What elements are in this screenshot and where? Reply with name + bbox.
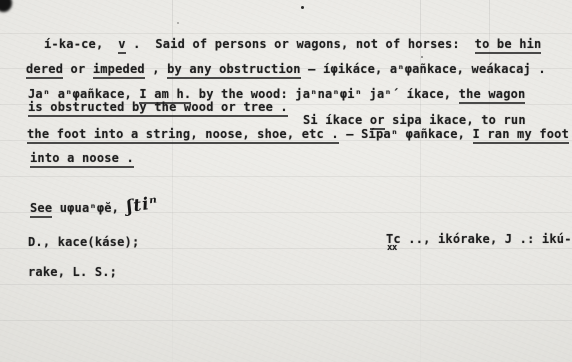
entry-line-1: í-ka-ce, v . Said of persons or wagons, …	[44, 38, 541, 51]
text-segment: Jaⁿ aⁿφañkace,	[28, 87, 139, 101]
entry-line-4: is obstructed by the wood or tree .	[28, 101, 288, 114]
text-segment: ,	[145, 62, 167, 76]
ruled-line	[0, 33, 572, 34]
source-continuation-line: rake, L. S.;	[28, 266, 117, 279]
text-segment: . Said of persons or wagons, not of hors…	[126, 37, 475, 51]
ruled-line	[0, 284, 572, 285]
headword: í-ka-ce,	[44, 37, 118, 51]
handwritten-annotation: ʃtiⁿ	[126, 197, 159, 214]
ruled-line	[0, 320, 572, 321]
ink-blot	[0, 0, 12, 12]
tc-abbreviation: Tcxx	[386, 233, 401, 246]
ruled-line	[0, 176, 572, 177]
text-segment: — íφikáce, aⁿφañkace, weákacaj .	[301, 62, 546, 76]
ink-speck	[177, 22, 179, 24]
text-segment: is obstructed by the wood or tree .	[28, 100, 288, 117]
dictionary-slip-card: í-ka-ce, v . Said of persons or wagons, …	[0, 0, 572, 362]
text-segment: D., kace(káse);	[28, 235, 139, 249]
text-segment: sipa ikace, to run	[385, 113, 526, 127]
entry-line-7: into a noose .	[30, 152, 134, 165]
source-line-tc: Tcxx .., ikórake, J .: ikú-	[386, 233, 572, 246]
text-segment: or	[63, 62, 93, 76]
source-line-dorsey: D., kace(káse);	[28, 236, 139, 249]
text-segment: the wagon	[459, 87, 526, 104]
see-label: See	[30, 201, 52, 218]
text-segment: to be hin	[475, 37, 542, 54]
text-segment: into a noose .	[30, 151, 134, 168]
entry-line-6: the foot into a string, noose, shoe, etc…	[27, 128, 569, 141]
paper-crease	[172, 0, 173, 362]
see-reference-line: See uφuaⁿφĕ, ʃtiⁿ	[30, 201, 158, 215]
entry-line-5: Si íkace or sipa ikace, to run	[303, 114, 526, 127]
text-segment: I ran my foot	[473, 127, 570, 144]
paper-crease	[420, 0, 421, 362]
ink-speck	[421, 56, 423, 58]
text-segment: the foot into a string, noose, shoe, etc…	[27, 127, 339, 144]
text-segment: rake, L. S.;	[28, 265, 117, 279]
entry-line-2: dered or impeded , by any obstruction — …	[26, 63, 546, 76]
text-segment: Si íkace	[303, 113, 370, 127]
text-segment: impeded	[93, 62, 145, 79]
text-segment: by any obstruction	[167, 62, 301, 79]
ink-speck	[301, 6, 304, 9]
text-segment: by the wood: jaⁿnaⁿφiⁿ jaⁿ´ íkace,	[191, 87, 458, 101]
text-segment: .., ikórake, J .: ikú-	[401, 232, 572, 246]
text-segment: — Sípaⁿ φañkace,	[339, 127, 473, 141]
tc-subscript: xx	[387, 244, 397, 253]
text-segment: uφuaⁿφĕ,	[52, 201, 126, 215]
text-segment: dered	[26, 62, 63, 79]
part-of-speech: v	[118, 37, 125, 54]
